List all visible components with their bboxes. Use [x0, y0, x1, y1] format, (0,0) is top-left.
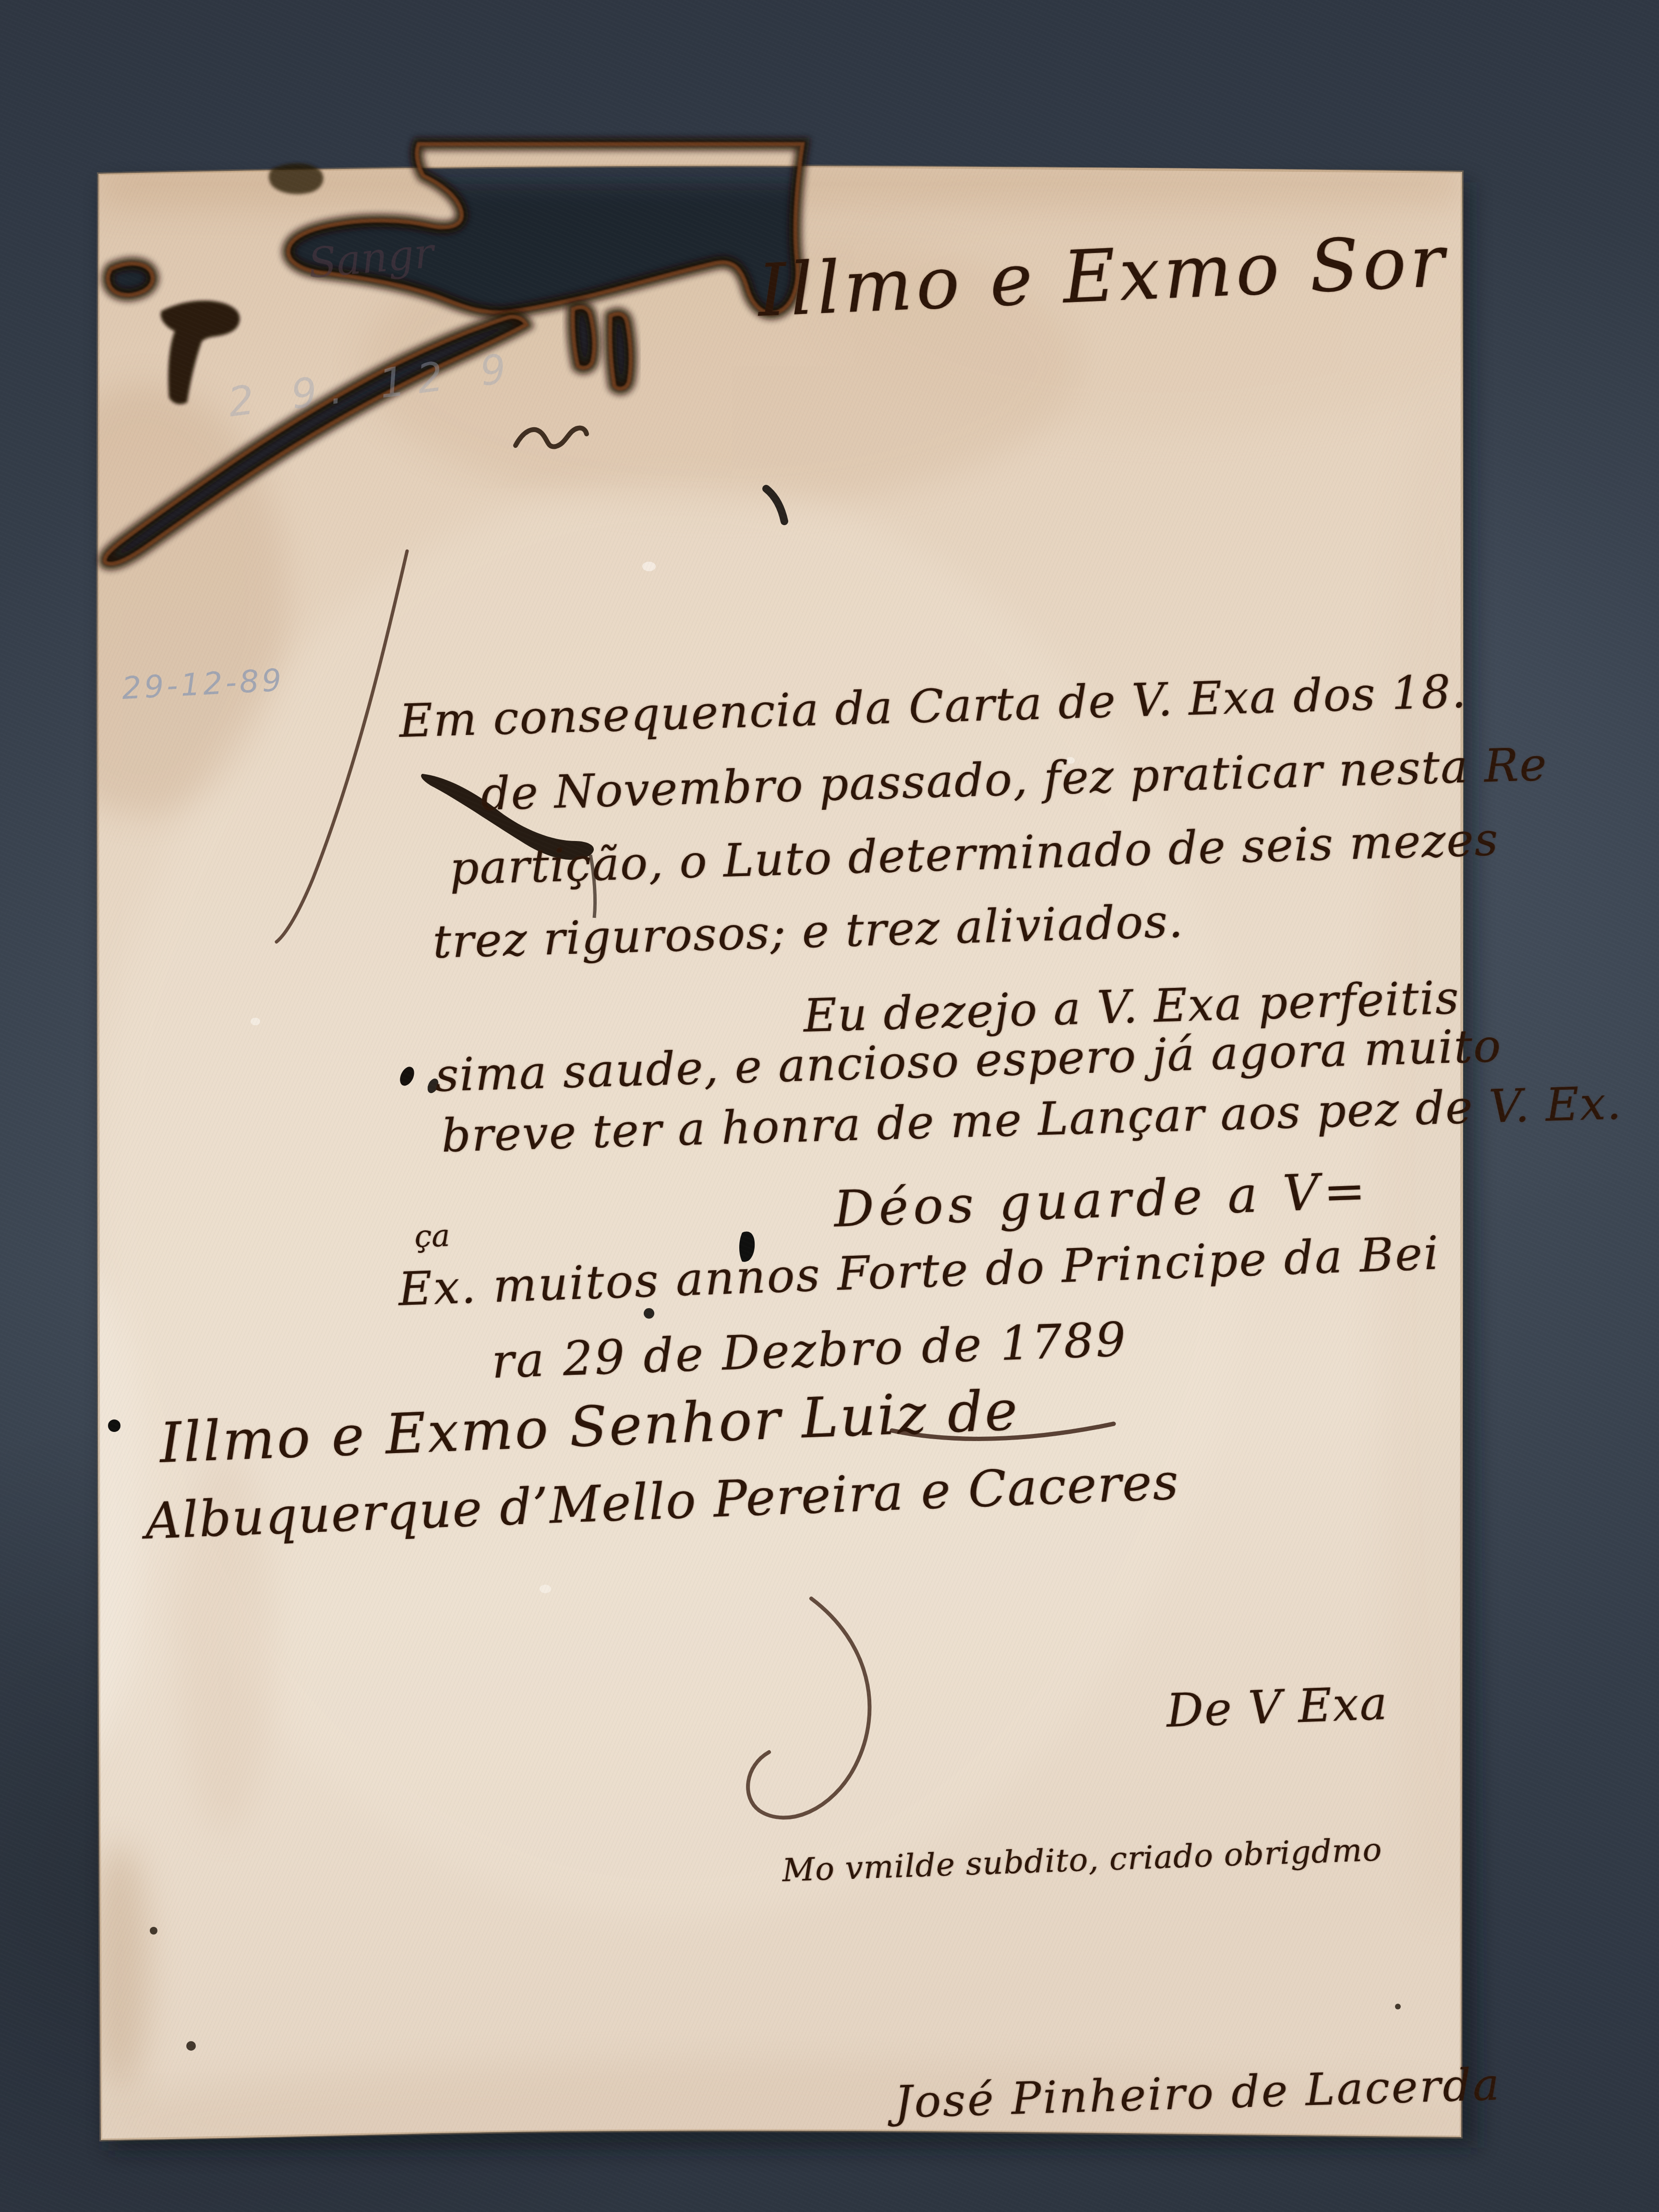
valediction-line-1: Déos guarde a V= — [833, 1161, 1371, 1238]
pencil-note-date: 29-12-89 — [121, 662, 285, 707]
burned-text-fragment: Sangr — [306, 229, 435, 288]
pencil-note-faint: 2 9. 12 9 — [226, 344, 521, 426]
valediction-line-2: Ex. muitos annos Forte do Principe da Be… — [397, 1226, 1441, 1316]
body-line-2: de Novembro passado, fez praticar nesta … — [480, 738, 1548, 821]
text-layer: 2 9. 12 9 Sangr 29-12-89 Illmo e Exmo So… — [0, 0, 1659, 2212]
valediction-superscript: ça — [414, 1218, 451, 1255]
body-line-1: Em consequencia da Carta de V. Exa dos 1… — [398, 665, 1467, 748]
valediction-line-3: ra 29 de Dezbro de 1789 — [491, 1312, 1129, 1389]
closing-from: De V Exa — [1166, 1676, 1389, 1738]
body-line-4: trez rigurosos; e trez aliviados. — [432, 895, 1184, 969]
body-line-3: partição, o Luto determinado de seis mez… — [449, 813, 1500, 895]
closing-humility: Mo vmilde subdito, criado obrigdmo — [781, 1831, 1382, 1889]
salutation: Illmo e Exmo Sor — [756, 219, 1450, 333]
photo-of-manuscript: 2 9. 12 9 Sangr 29-12-89 Illmo e Exmo So… — [0, 0, 1659, 2212]
address-line-1: Illmo e Exmo Senhor Luiz de — [158, 1378, 1021, 1476]
signature: José Pinheiro de Lacerda — [894, 2059, 1502, 2128]
